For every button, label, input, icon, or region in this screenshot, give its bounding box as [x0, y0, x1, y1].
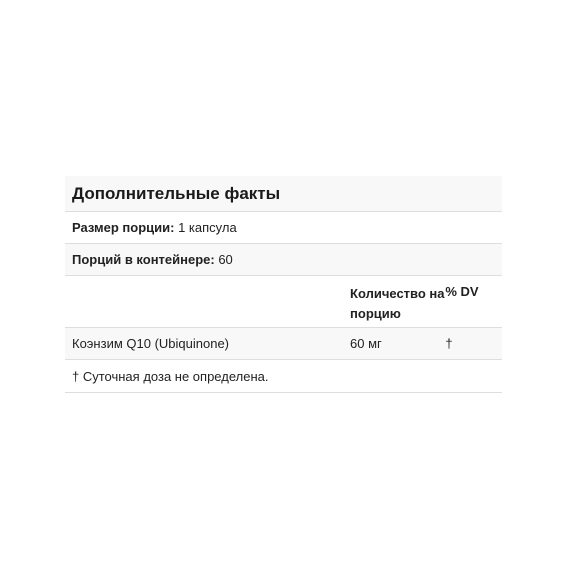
serving-size-row: Размер порции: 1 капсула: [65, 212, 502, 244]
facts-title-row: Дополнительные факты: [65, 176, 502, 212]
servings-per-container-row: Порций в контейнере: 60: [65, 244, 502, 276]
column-header-amount: Количество на порцию: [350, 284, 445, 324]
ingredient-dv: †: [445, 336, 495, 351]
supplement-facts-panel: Дополнительные факты Размер порции: 1 ка…: [65, 176, 502, 393]
serving-size-label: Размер порции:: [72, 220, 174, 235]
facts-title: Дополнительные факты: [72, 184, 280, 204]
ingredient-name: Коэнзим Q10 (Ubiquinone): [72, 336, 350, 351]
column-header-row: Количество на порцию % DV: [65, 276, 502, 328]
footnote-row: † Суточная доза не определена.: [65, 360, 502, 393]
ingredient-amount: 60 мг: [350, 334, 445, 354]
column-header-dv: % DV: [445, 284, 495, 299]
footnote: † Суточная доза не определена.: [72, 369, 268, 384]
serving-size-value: 1 капсула: [174, 220, 236, 235]
servings-per-container-value: 60: [215, 252, 233, 267]
servings-per-container-label: Порций в контейнере:: [72, 252, 215, 267]
table-row: Коэнзим Q10 (Ubiquinone) 60 мг †: [65, 328, 502, 360]
